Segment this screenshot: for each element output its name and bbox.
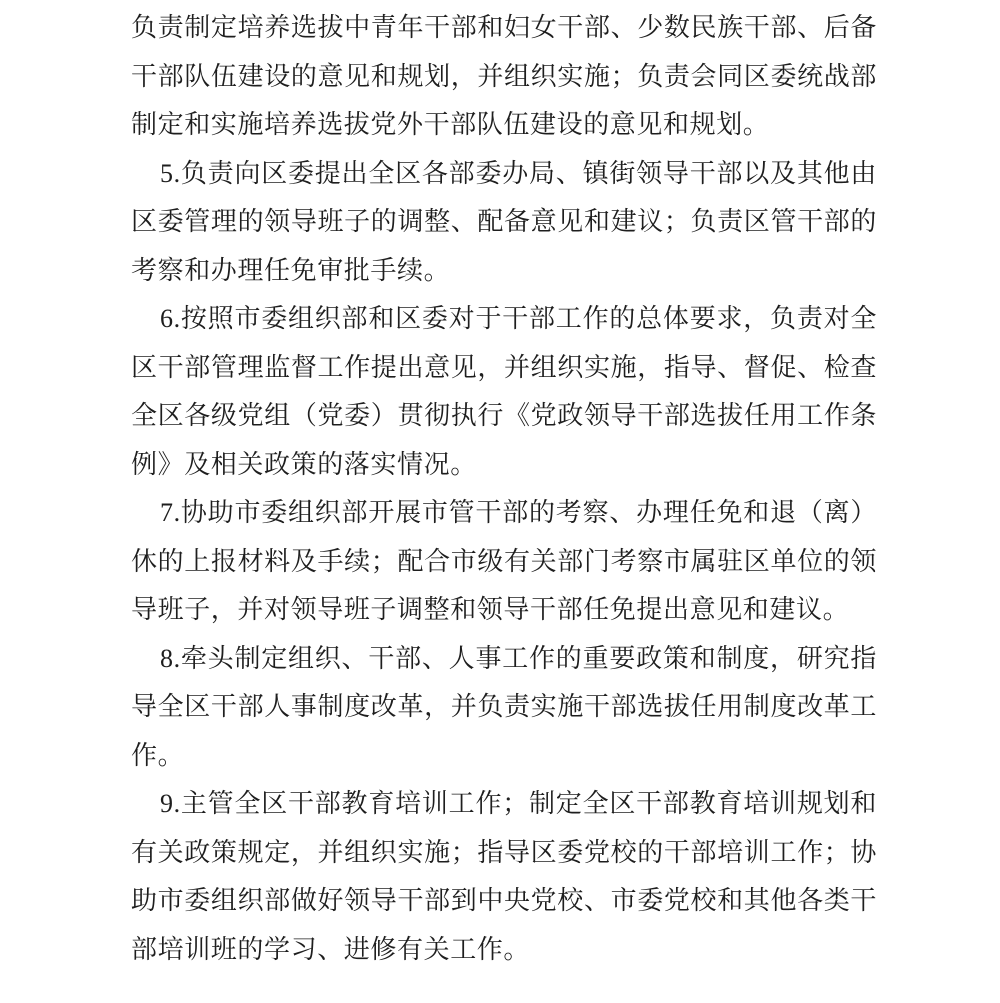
paragraph-item-7: 7.协助市委组织部开展市管干部的考察、办理任免和退（离）休的上报材料及手续；配合… bbox=[131, 489, 877, 635]
document-page: 负责制定培养选拔中青年干部和妇女干部、少数民族干部、后备干部队伍建设的意见和规划… bbox=[0, 0, 1000, 1003]
paragraph-item-8: 8.牵头制定组织、干部、人事工作的重要政策和制度，研究指导全区干部人事制度改革，… bbox=[131, 635, 877, 781]
paragraph-item-5: 5.负责向区委提出全区各部委办局、镇街领导干部以及其他由区委管理的领导班子的调整… bbox=[131, 150, 877, 296]
paragraph-item-6: 6.按照市委组织部和区委对于干部工作的总体要求，负责对全区干部管理监督工作提出意… bbox=[131, 295, 877, 489]
paragraph-item-9: 9.主管全区干部教育培训工作；制定全区干部教育培训规划和有关政策规定，并组织实施… bbox=[131, 780, 877, 974]
paragraph-continuation: 负责制定培养选拔中青年干部和妇女干部、少数民族干部、后备干部队伍建设的意见和规划… bbox=[131, 4, 877, 150]
